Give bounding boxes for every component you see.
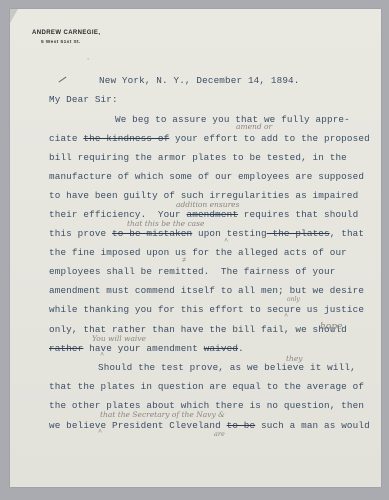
handwritten-annotation: addition ensures — [176, 200, 239, 209]
struck-text: rather — [49, 343, 83, 354]
struck-text: the kindness of — [83, 133, 169, 144]
body-line-4: manufacture of which some of our employe… — [49, 171, 364, 182]
letterhead-name: ANDREW CARNEGIE, — [32, 30, 100, 36]
caret-mark: ^ — [284, 313, 288, 321]
caret-mark: ^ — [98, 429, 102, 437]
text: . — [238, 343, 244, 354]
body-line-2: ciate the kindness of your effort to add… — [49, 133, 370, 144]
text: upon testing — [192, 228, 266, 239]
text: your effort to add to the proposed — [169, 133, 370, 144]
body-line-3: bill requiring the armor plates to be te… — [49, 152, 347, 163]
scribble-mark: ≠ — [182, 257, 186, 265]
ink-dot-mark: · — [86, 56, 90, 64]
date-line: New York, N. Y., December 14, 1894. — [99, 75, 300, 86]
salutation: My Dear Sir: — [49, 94, 118, 105]
text: , that — [330, 228, 364, 239]
text: this prove — [49, 228, 112, 239]
struck-text: the plates — [267, 228, 330, 239]
struck-text: to be — [227, 420, 256, 431]
handwritten-annotation: are — [214, 430, 225, 438]
handwritten-annotation: that the Secretary of the Navy & — [100, 410, 225, 419]
handwritten-annotation: You will waive — [92, 334, 146, 343]
handwritten-annotation: that this be the case — [127, 219, 204, 228]
body-line-11: while thanking you for this effort to se… — [49, 304, 364, 315]
struck-text: to be mistaken — [112, 228, 192, 239]
text: ciate — [49, 133, 83, 144]
body-line-10: amendment must commend itself to all men… — [49, 285, 364, 296]
handwritten-annotation: amend or — [236, 122, 272, 131]
body-line-15: that the plates in question are equal to… — [49, 381, 364, 392]
handwritten-annotation: hope — [320, 322, 342, 332]
caret-mark: ^ — [100, 352, 104, 360]
letterhead-address: 5 West 51st St. — [41, 40, 81, 45]
body-line-9: employees shall be remitted. The fairnes… — [49, 266, 335, 277]
struck-text: waived — [204, 343, 238, 354]
body-line-1: We beg to assure you that we fully appre… — [115, 114, 350, 125]
caret-mark: ^ — [224, 238, 228, 246]
folded-corner — [10, 9, 18, 23]
text: requires that should — [238, 209, 358, 220]
text: such a man as would — [255, 420, 370, 431]
body-line-14: Should the test prove, as we believe it … — [98, 362, 356, 373]
handwritten-annotation: only — [287, 296, 300, 303]
body-line-13: rather have your amendment waived. — [49, 343, 244, 354]
body-line-8: the fine imposed upon us for the alleged… — [49, 247, 347, 258]
text: we believe President Cleveland — [49, 420, 227, 431]
body-line-7: this prove to be mistaken upon testing t… — [49, 228, 364, 239]
